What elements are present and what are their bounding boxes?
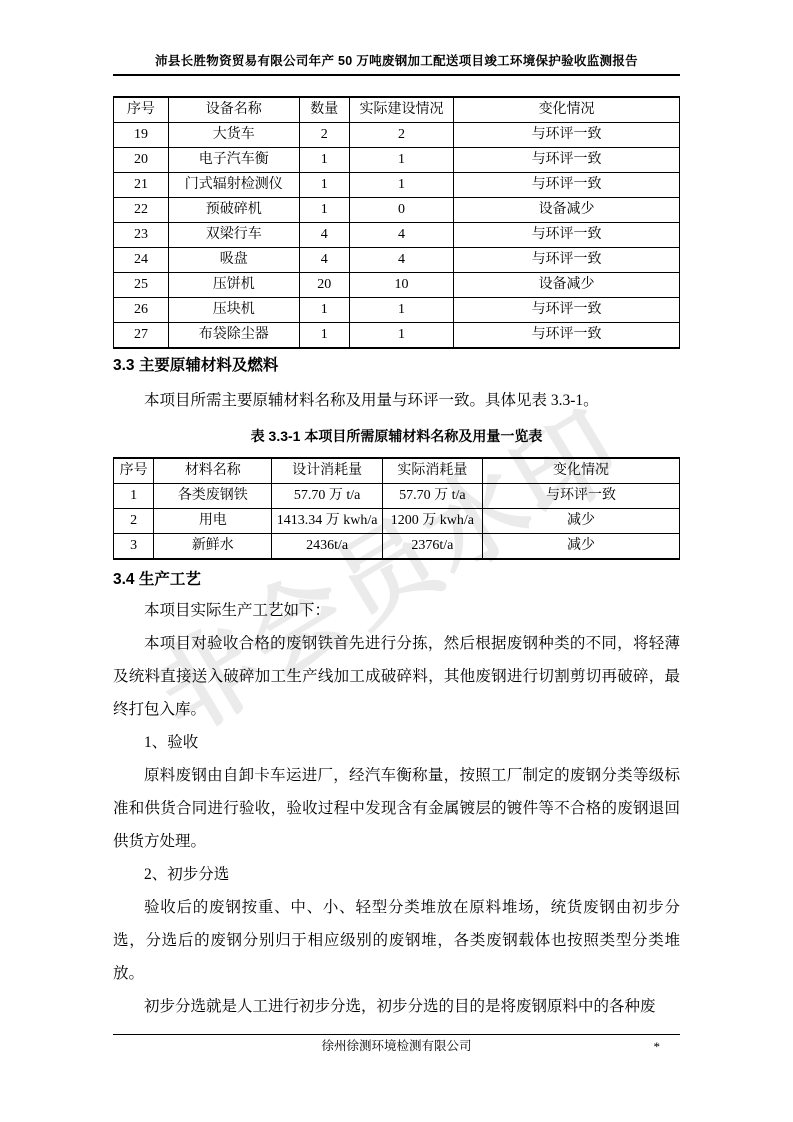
column-header: 材料名称 <box>154 458 272 484</box>
table-cell: 2 <box>299 123 349 148</box>
section-heading-3-3: 3.3 主要原辅材料及燃料 <box>113 355 680 377</box>
table-cell: 4 <box>299 248 349 273</box>
body-paragraph: 本项目实际生产工艺如下： <box>113 594 680 627</box>
table-cell: 布袋除尘器 <box>168 323 299 349</box>
table-row: 23双梁行车44与环评一致 <box>114 223 680 248</box>
table-cell: 20 <box>299 273 349 298</box>
table-row: 19大货车22与环评一致 <box>114 123 680 148</box>
table-row: 20电子汽车衡11与环评一致 <box>114 148 680 173</box>
table-cell: 减少 <box>482 509 679 534</box>
table-cell: 设备减少 <box>454 198 680 223</box>
table-cell: 3 <box>114 534 154 560</box>
materials-table: 序号 材料名称 设计消耗量 实际消耗量 变化情况 1各类废钢铁57.70 万 t… <box>113 457 680 560</box>
header-divider <box>113 74 680 76</box>
footer-company-name: 徐州徐测环境检测有限公司 <box>113 1039 680 1054</box>
table-row: 22预破碎机10设备减少 <box>114 198 680 223</box>
body-paragraph: 原料废钢由自卸卡车运进厂，经汽车衡称量，按照工厂制定的废钢分类等级标准和供货合同… <box>113 759 680 858</box>
table-cell: 57.70 万 t/a <box>382 484 482 509</box>
table-cell: 1200 万 kwh/a <box>382 509 482 534</box>
table-cell: 26 <box>114 298 169 323</box>
table-row: 24吸盘44与环评一致 <box>114 248 680 273</box>
document-page: 非会员水印 沛县长胜物资贸易有限公司年产 50 万吨废钢加工配送项目竣工环境保护… <box>0 0 793 1122</box>
equipment-table-header-row: 序号 设备名称 数量 实际建设情况 变化情况 <box>114 97 680 123</box>
table-cell: 各类废钢铁 <box>154 484 272 509</box>
table-row: 3新鲜水2436t/a2376t/a减少 <box>114 534 680 560</box>
column-header: 变化情况 <box>482 458 679 484</box>
table-cell: 与环评一致 <box>454 173 680 198</box>
table-cell: 1 <box>349 148 453 173</box>
table-cell: 预破碎机 <box>168 198 299 223</box>
table-cell: 10 <box>349 273 453 298</box>
table-cell: 与环评一致 <box>454 323 680 349</box>
table-row: 26压块机11与环评一致 <box>114 298 680 323</box>
page-footer: 徐州徐测环境检测有限公司 * <box>113 1034 680 1054</box>
table-row: 2用电1413.34 万 kwh/a1200 万 kwh/a减少 <box>114 509 680 534</box>
table-cell: 27 <box>114 323 169 349</box>
table-cell: 2436t/a <box>272 534 382 560</box>
table-cell: 4 <box>349 248 453 273</box>
table-cell: 设备减少 <box>454 273 680 298</box>
table-cell: 1 <box>299 148 349 173</box>
table-caption: 表 3.3-1 本项目所需原辅材料名称及用量一览表 <box>113 425 680 447</box>
body-paragraph: 验收后的废钢按重、中、小、轻型分类堆放在原料堆场，统货废钢由初步分选，分选后的废… <box>113 891 680 990</box>
materials-table-header-row: 序号 材料名称 设计消耗量 实际消耗量 变化情况 <box>114 458 680 484</box>
section-heading-3-4: 3.4 生产工艺 <box>113 569 680 591</box>
column-header: 序号 <box>114 458 154 484</box>
table-cell: 与环评一致 <box>454 298 680 323</box>
table-row: 1各类废钢铁57.70 万 t/a57.70 万 t/a与环评一致 <box>114 484 680 509</box>
table-cell: 1 <box>349 298 453 323</box>
table-cell: 1 <box>299 323 349 349</box>
table-cell: 用电 <box>154 509 272 534</box>
body-paragraph: 2、初步分选 <box>113 858 680 891</box>
page-content: 沛县长胜物资贸易有限公司年产 50 万吨废钢加工配送项目竣工环境保护验收监测报告… <box>113 0 680 1023</box>
table-cell: 1 <box>114 484 154 509</box>
table-cell: 2376t/a <box>382 534 482 560</box>
table-row: 27布袋除尘器11与环评一致 <box>114 323 680 349</box>
table-cell: 1 <box>349 173 453 198</box>
table-cell: 压饼机 <box>168 273 299 298</box>
body-paragraph: 初步分选就是人工进行初步分选，初步分选的目的是将废钢原料中的各种废 <box>113 990 680 1023</box>
report-header-title: 沛县长胜物资贸易有限公司年产 50 万吨废钢加工配送项目竣工环境保护验收监测报告 <box>113 51 680 69</box>
table-cell: 吸盘 <box>168 248 299 273</box>
section-3-4-paragraphs: 本项目实际生产工艺如下：本项目对验收合格的废钢铁首先进行分拣，然后根据废钢种类的… <box>113 594 680 1023</box>
table-cell: 与环评一致 <box>482 484 679 509</box>
body-paragraph: 本项目对验收合格的废钢铁首先进行分拣，然后根据废钢种类的不同，将轻薄及统料直接送… <box>113 627 680 726</box>
table-cell: 4 <box>299 223 349 248</box>
table-cell: 减少 <box>482 534 679 560</box>
table-cell: 24 <box>114 248 169 273</box>
table-cell: 双梁行车 <box>168 223 299 248</box>
table-cell: 大货车 <box>168 123 299 148</box>
table-row: 25压饼机2010设备减少 <box>114 273 680 298</box>
table-cell: 2 <box>114 509 154 534</box>
table-cell: 20 <box>114 148 169 173</box>
table-cell: 与环评一致 <box>454 223 680 248</box>
table-cell: 25 <box>114 273 169 298</box>
table-cell: 23 <box>114 223 169 248</box>
table-cell: 19 <box>114 123 169 148</box>
column-header: 实际建设情况 <box>349 97 453 123</box>
table-cell: 1 <box>349 323 453 349</box>
table-cell: 22 <box>114 198 169 223</box>
table-cell: 电子汽车衡 <box>168 148 299 173</box>
table-cell: 1413.34 万 kwh/a <box>272 509 382 534</box>
table-cell: 4 <box>349 223 453 248</box>
table-cell: 门式辐射检测仪 <box>168 173 299 198</box>
table-cell: 1 <box>299 198 349 223</box>
column-header: 数量 <box>299 97 349 123</box>
table-cell: 与环评一致 <box>454 123 680 148</box>
column-header: 变化情况 <box>454 97 680 123</box>
equipment-table-body: 19大货车22与环评一致20电子汽车衡11与环评一致21门式辐射检测仪11与环评… <box>114 123 680 349</box>
equipment-table: 序号 设备名称 数量 实际建设情况 变化情况 19大货车22与环评一致20电子汽… <box>113 96 680 349</box>
column-header: 设备名称 <box>168 97 299 123</box>
table-cell: 57.70 万 t/a <box>272 484 382 509</box>
table-cell: 新鲜水 <box>154 534 272 560</box>
table-cell: 0 <box>349 198 453 223</box>
column-header: 实际消耗量 <box>382 458 482 484</box>
materials-table-body: 1各类废钢铁57.70 万 t/a57.70 万 t/a与环评一致2用电1413… <box>114 484 680 560</box>
body-paragraph: 1、验收 <box>113 726 680 759</box>
table-cell: 与环评一致 <box>454 248 680 273</box>
table-cell: 与环评一致 <box>454 148 680 173</box>
table-cell: 1 <box>299 173 349 198</box>
table-cell: 压块机 <box>168 298 299 323</box>
body-paragraph: 本项目所需主要原辅材料名称及用量与环评一致。具体见表 3.3-1。 <box>113 384 680 417</box>
footer-page-mark: * <box>654 1039 661 1054</box>
table-row: 21门式辐射检测仪11与环评一致 <box>114 173 680 198</box>
column-header: 设计消耗量 <box>272 458 382 484</box>
column-header: 序号 <box>114 97 169 123</box>
table-cell: 21 <box>114 173 169 198</box>
table-cell: 1 <box>299 298 349 323</box>
table-cell: 2 <box>349 123 453 148</box>
